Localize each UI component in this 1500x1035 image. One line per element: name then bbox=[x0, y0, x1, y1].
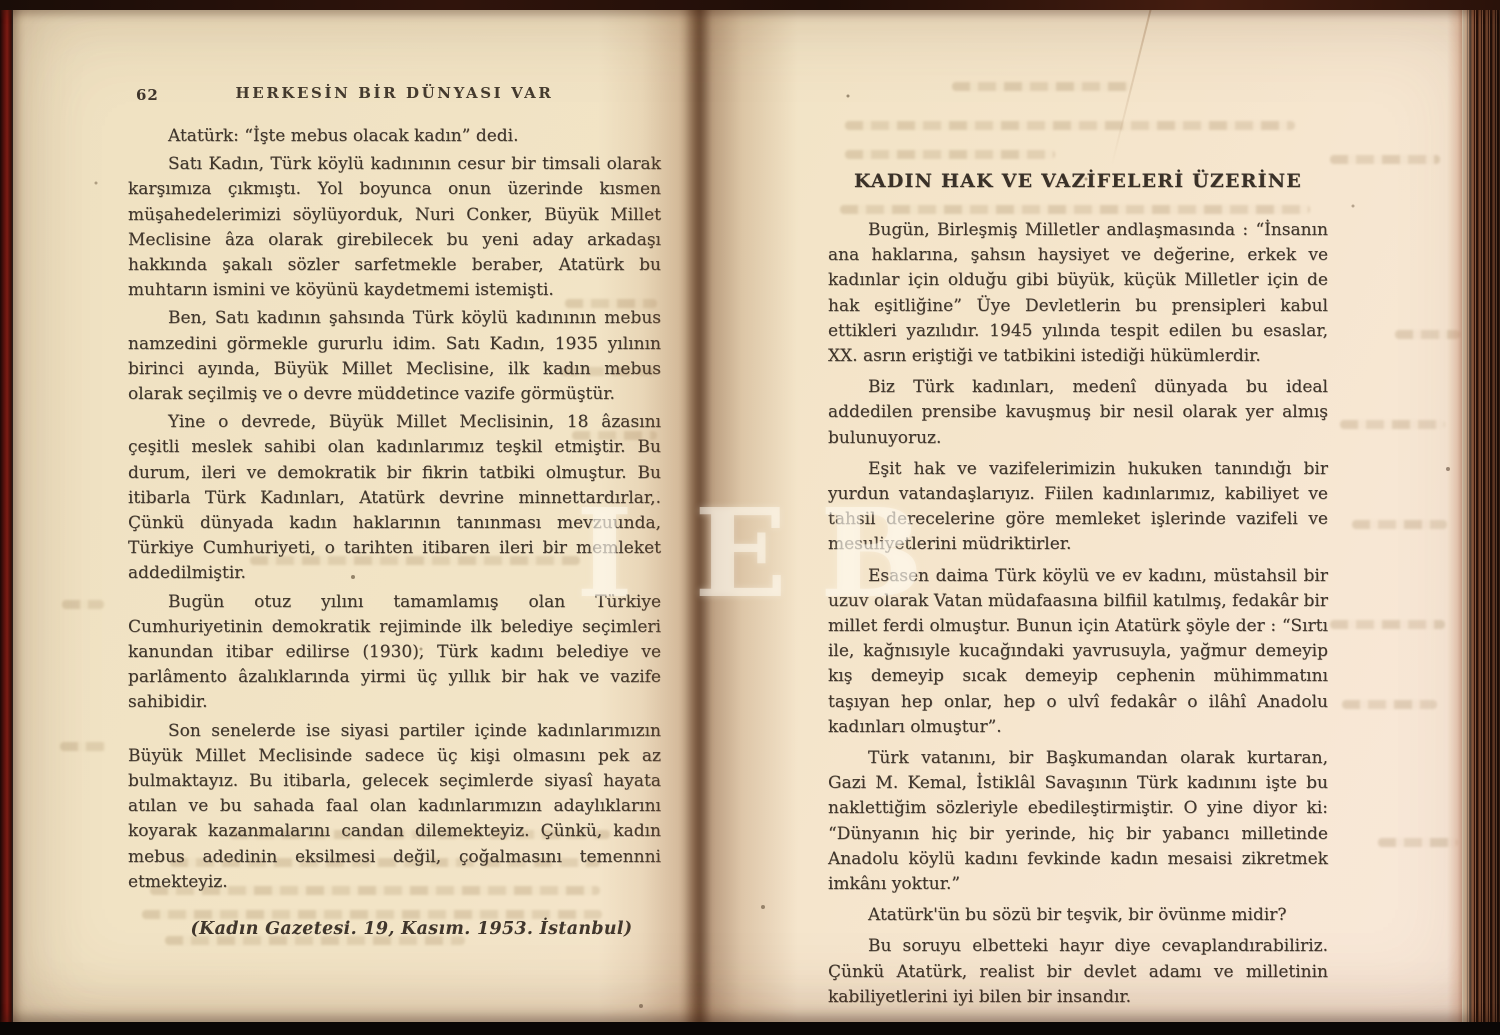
watermark-letter: I bbox=[576, 492, 633, 614]
bleedthrough-text-line bbox=[845, 150, 1055, 159]
paragraph: Son senelerde ise siyasi partiler içinde… bbox=[128, 719, 661, 895]
scan-border-bottom bbox=[0, 1022, 1500, 1035]
bleedthrough-text-line bbox=[1330, 155, 1440, 164]
bleedthrough-text-line bbox=[952, 82, 1132, 91]
paragraph: Atatürk: “İşte mebus olacak kadın” dedi. bbox=[128, 124, 661, 149]
running-head: 62 HERKESİN BİR DÜNYASI VAR bbox=[128, 84, 661, 106]
bleedthrough-text-line bbox=[1330, 620, 1445, 629]
book-spine-edge bbox=[0, 0, 13, 1035]
paragraph: Biz Türk kadınları, medenî dünyada bu id… bbox=[828, 375, 1328, 451]
paragraph: Ben, Satı kadının şahsında Türk köylü ka… bbox=[128, 306, 661, 407]
paragraph: Satı Kadın, Türk köylü kadınının cesur b… bbox=[128, 152, 661, 303]
source-citation: (Kadın Gazetesi. 19, Kasım. 1953. İstanb… bbox=[128, 919, 661, 939]
bleedthrough-text-line bbox=[845, 121, 1295, 130]
bleedthrough-text-line bbox=[60, 742, 106, 751]
paragraph: Bu soruyu elbetteki hayır diye cevapland… bbox=[828, 934, 1328, 1010]
page-stack-edge bbox=[1462, 0, 1500, 1035]
chapter-heading: KADIN HAK VE VAZİFELERİ ÜZERİNE bbox=[828, 170, 1328, 192]
page-stack-soft-edge bbox=[1447, 0, 1462, 1035]
bleedthrough-text-line bbox=[1340, 420, 1445, 429]
running-header-title: HERKESİN BİR DÜNYASI VAR bbox=[128, 84, 661, 102]
bleedthrough-text-line bbox=[1378, 838, 1458, 847]
paragraph: Türk vatanını, bir Başkumandan olarak ku… bbox=[828, 746, 1328, 897]
paragraph: Bugün, Birleşmiş Milletler andlaşmasında… bbox=[828, 218, 1328, 369]
page-number: 62 bbox=[136, 86, 159, 104]
bleedthrough-text-line bbox=[62, 600, 104, 609]
bleedthrough-text-line bbox=[1342, 700, 1437, 709]
paragraph: Atatürk'ün bu sözü bir teşvik, bir övünm… bbox=[828, 903, 1328, 928]
book-page-scan: 62 HERKESİN BİR DÜNYASI VAR Atatürk: “İş… bbox=[0, 0, 1500, 1035]
scan-border-top bbox=[0, 0, 1500, 10]
bleedthrough-text-line bbox=[1352, 520, 1447, 529]
watermark-letter: B bbox=[820, 492, 923, 614]
watermark-letter: E bbox=[694, 492, 787, 614]
